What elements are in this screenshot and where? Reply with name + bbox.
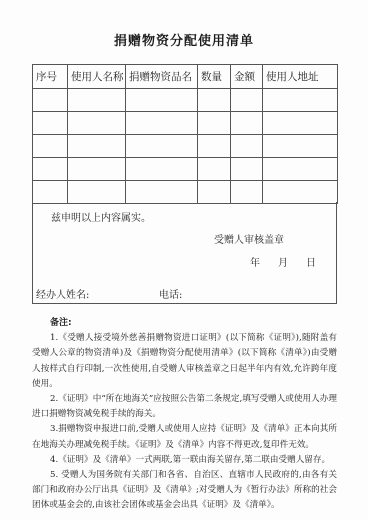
table-cell[interactable] bbox=[198, 135, 231, 158]
table-cell[interactable] bbox=[68, 89, 126, 112]
phone-label: 电话: bbox=[159, 286, 182, 301]
header-amount: 金额 bbox=[231, 65, 263, 89]
table-cell[interactable] bbox=[126, 112, 198, 135]
declaration-statement: 兹申明以上内容属实。 bbox=[51, 209, 151, 224]
table-header-row: 序号 使用人名称 捐赠物资品名 数量 金额 使用人地址 bbox=[33, 65, 338, 89]
table-cell[interactable] bbox=[126, 158, 198, 181]
table-cell[interactable] bbox=[231, 135, 263, 158]
header-user-address: 使用人地址 bbox=[263, 65, 338, 89]
table-row bbox=[33, 112, 338, 135]
note-item: 3.捐赠物资申报进口前,受赠人或使用人应持《证明》及《清单》正本向其所在地海关办… bbox=[32, 422, 337, 452]
table-cell[interactable] bbox=[263, 158, 338, 181]
table-cell[interactable] bbox=[198, 89, 231, 112]
table-cell[interactable] bbox=[33, 112, 68, 135]
table-cell[interactable] bbox=[33, 181, 68, 204]
distribution-table: 序号 使用人名称 捐赠物资品名 数量 金额 使用人地址 bbox=[32, 64, 338, 204]
note-item: 2.《证明》中“所在地海关”应按照公告第二条规定,填写受赠人或使用人办理进口捐赠… bbox=[32, 392, 337, 422]
table-row bbox=[33, 135, 338, 158]
table-cell[interactable] bbox=[231, 181, 263, 204]
table-row bbox=[33, 158, 338, 181]
table-cell[interactable] bbox=[68, 112, 126, 135]
table-cell[interactable] bbox=[263, 181, 338, 204]
date-line: 年月日 bbox=[250, 254, 334, 269]
notes-section: 备注: 1.《受赠人接受境外慈善捐赠物资进口证明》(以下简称《证明》),随附盖有… bbox=[32, 316, 337, 514]
date-year: 年 bbox=[250, 254, 278, 269]
seal-label: 受赠人审核盖章 bbox=[214, 231, 284, 246]
table-cell[interactable] bbox=[263, 135, 338, 158]
table-row bbox=[33, 181, 338, 204]
document-title: 捐赠物资分配使用清单 bbox=[0, 30, 368, 49]
table-cell[interactable] bbox=[231, 158, 263, 181]
date-day: 日 bbox=[306, 254, 334, 269]
date-month: 月 bbox=[278, 254, 306, 269]
table-cell[interactable] bbox=[68, 135, 126, 158]
note-item: 4.《证明》及《清单》一式两联,第一联由海关留存,第二联由受赠人留存。 bbox=[32, 453, 337, 468]
table-cell[interactable] bbox=[263, 89, 338, 112]
table-row bbox=[33, 89, 338, 112]
table-cell[interactable] bbox=[68, 158, 126, 181]
table-cell[interactable] bbox=[33, 158, 68, 181]
header-quantity: 数量 bbox=[198, 65, 231, 89]
header-item-name: 捐赠物资品名 bbox=[126, 65, 198, 89]
note-item: 1.《受赠人接受境外慈善捐赠物资进口证明》(以下简称《证明》),随附盖有受赠人公… bbox=[32, 331, 337, 392]
header-user-name: 使用人名称 bbox=[68, 65, 126, 89]
table-cell[interactable] bbox=[231, 89, 263, 112]
table-cell[interactable] bbox=[231, 112, 263, 135]
table-cell[interactable] bbox=[68, 181, 126, 204]
header-serial-no: 序号 bbox=[33, 65, 68, 89]
table-cell[interactable] bbox=[198, 181, 231, 204]
table-cell[interactable] bbox=[126, 181, 198, 204]
notes-heading: 备注: bbox=[32, 316, 337, 331]
table-cell[interactable] bbox=[198, 112, 231, 135]
note-item: 5. 受赠人为国务院有关部门和各省、自治区、直辖市人民政府的,由各有关部门和政府… bbox=[32, 468, 337, 514]
handler-name-label: 经办人姓名: bbox=[36, 286, 89, 301]
table-cell[interactable] bbox=[33, 135, 68, 158]
table-cell[interactable] bbox=[126, 89, 198, 112]
declaration-box: 兹申明以上内容属实。 受赠人审核盖章 年月日 经办人姓名: 电话: bbox=[32, 202, 337, 304]
table-cell[interactable] bbox=[33, 89, 68, 112]
table-cell[interactable] bbox=[263, 112, 338, 135]
table-cell[interactable] bbox=[198, 158, 231, 181]
table-cell[interactable] bbox=[126, 135, 198, 158]
